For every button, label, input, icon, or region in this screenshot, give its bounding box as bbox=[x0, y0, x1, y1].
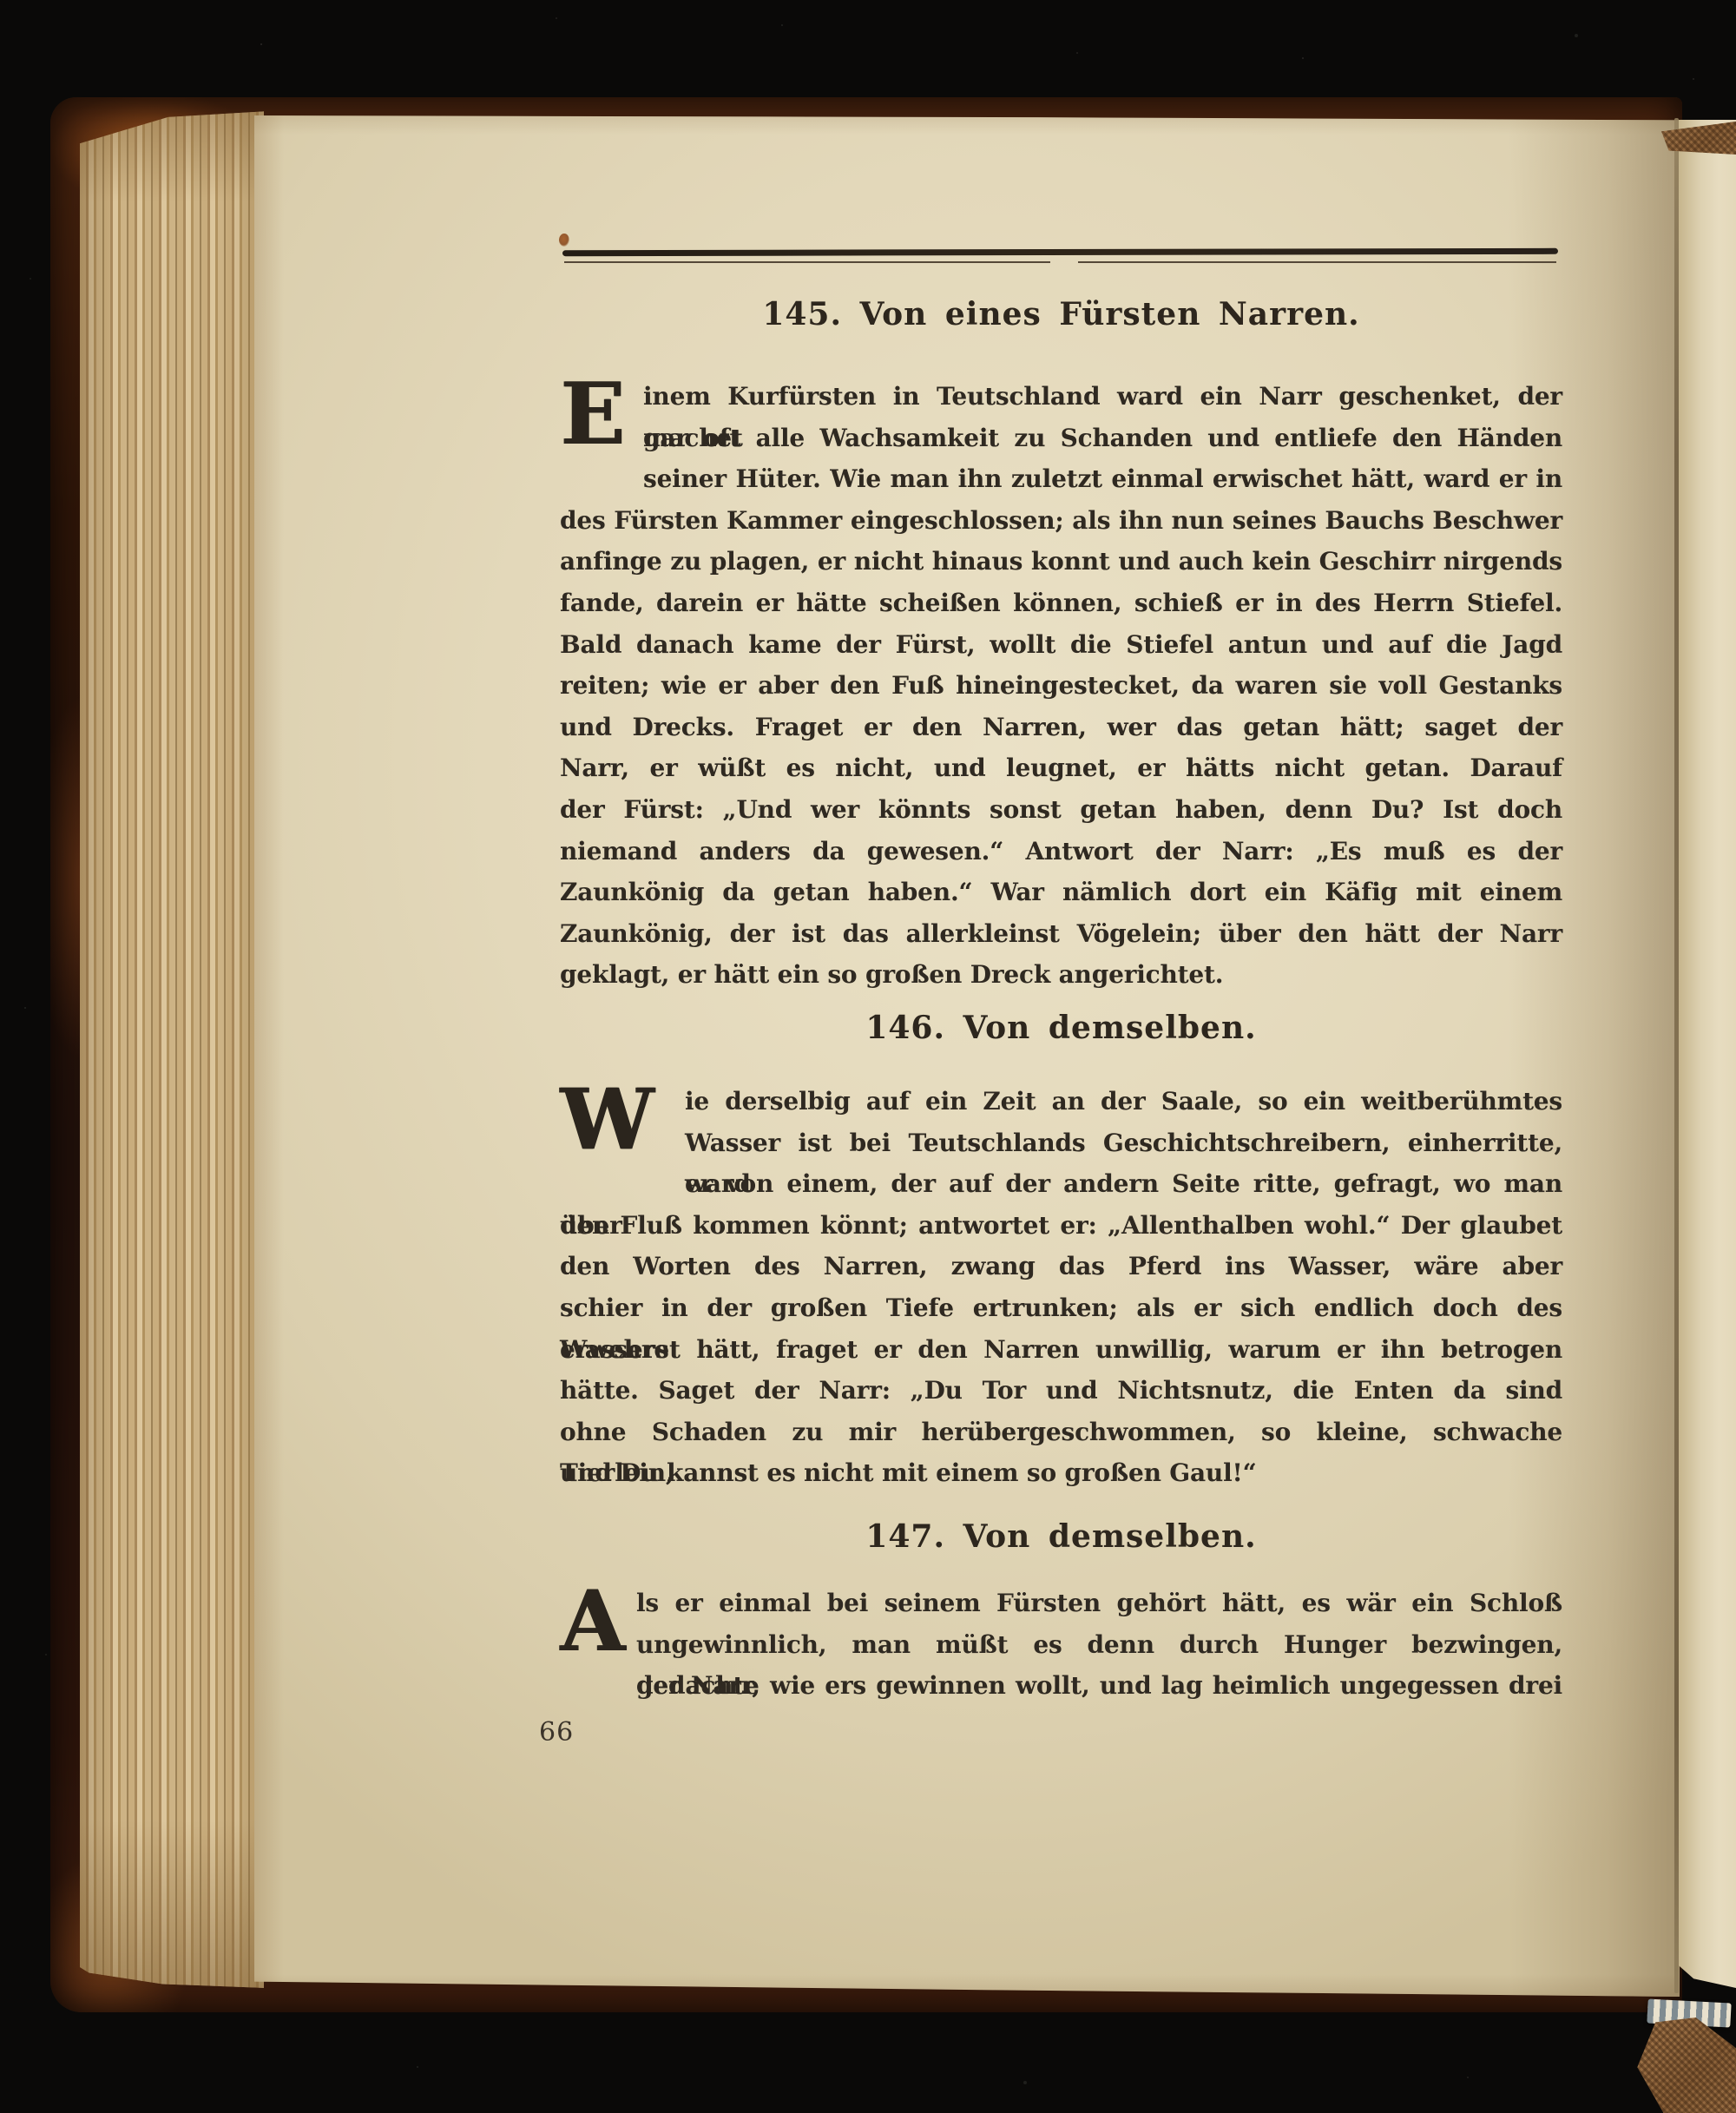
drop-cap-146: W bbox=[560, 1083, 685, 1165]
paragraph-147: A ls er einmal bei seinem Fürsten gehört… bbox=[560, 1583, 1562, 1707]
text-line: gar oft alle Wachsamkeit zu Schanden und… bbox=[560, 418, 1562, 459]
text-line: des Fürsten Kammer eingeschlossen; als i… bbox=[560, 500, 1562, 542]
head-rule-thin bbox=[564, 261, 1556, 263]
text-line: der Narr, wie ers gewinnen wollt, und la… bbox=[560, 1665, 1562, 1707]
drop-cap-145: E bbox=[560, 378, 643, 460]
text-line: erwehret hätt, fraget er den Narren unwi… bbox=[560, 1329, 1562, 1371]
section-heading-145: 145. Von eines Fürsten Narren. bbox=[560, 296, 1562, 332]
text-line: hätte. Saget der Narr: „Du Tor und Nicht… bbox=[560, 1370, 1562, 1412]
text-line: seiner Hüter. Wie man ihn zuletzt einmal… bbox=[560, 458, 1562, 500]
photo-backdrop: 145. Von eines Fürsten Narren. E inem Ku… bbox=[0, 0, 1736, 2113]
text-line: ungewinnlich, man müßt es denn durch Hun… bbox=[560, 1624, 1562, 1666]
text-line: Wasser ist bei Teutschlands Geschichtsch… bbox=[560, 1122, 1562, 1164]
text-line: er von einem, der auf der andern Seite r… bbox=[560, 1163, 1562, 1205]
bookmark-ribbon-bottom bbox=[1635, 2018, 1736, 2113]
text-line: niemand anders da gewesen.“ Antwort der … bbox=[560, 831, 1562, 872]
text-line: reiten; wie er aber den Fuß hineingestec… bbox=[560, 665, 1562, 707]
text-line: den Worten des Narren, zwang das Pferd i… bbox=[560, 1246, 1562, 1287]
folio-number: 66 bbox=[539, 1717, 574, 1748]
text-line: anfinge zu plagen, er nicht hinaus konnt… bbox=[560, 541, 1562, 583]
book-page: 145. Von eines Fürsten Narren. E inem Ku… bbox=[254, 115, 1680, 1997]
head-rule-thick bbox=[562, 248, 1558, 256]
text-line: ls er einmal bei seinem Fürsten gehört h… bbox=[560, 1583, 1562, 1624]
paper-stain bbox=[559, 234, 569, 247]
text-line: der Fürst: „Und wer könnts sonst getan h… bbox=[560, 789, 1562, 831]
text-line: ohne Schaden zu mir herübergeschwommen, … bbox=[560, 1412, 1562, 1453]
text-line: geklagt, er hätt ein so großen Dreck ang… bbox=[560, 954, 1562, 996]
text-line: schier in der großen Tiefe ertrunken; al… bbox=[560, 1287, 1562, 1329]
facing-page-edge bbox=[1679, 120, 1736, 1988]
section-heading-146: 146. Von demselben. bbox=[560, 1010, 1562, 1046]
text-line: und Drecks. Fraget er den Narren, wer da… bbox=[560, 707, 1562, 748]
paragraph-145: E inem Kurfürsten in Teutschland ward ei… bbox=[560, 376, 1562, 996]
text-line: den Fluß kommen könnt; antwortet er: „Al… bbox=[560, 1205, 1562, 1247]
text-line: Bald danach kame der Fürst, wollt die St… bbox=[560, 624, 1562, 666]
gutter-fold bbox=[1674, 118, 1679, 1993]
head-rule-thin-right bbox=[1078, 261, 1556, 263]
text-line: Narr, er wüßt es nicht, und leugnet, er … bbox=[560, 747, 1562, 789]
page-stack-fore-edge bbox=[80, 108, 264, 1990]
text-line: fande, darein er hätte scheißen können, … bbox=[560, 583, 1562, 624]
text-line: und Du kannst es nicht mit einem so groß… bbox=[560, 1452, 1562, 1494]
text-line: Zaunkönig da getan haben.“ War nämlich d… bbox=[560, 872, 1562, 913]
head-rule-thin-left bbox=[564, 261, 1050, 263]
text-line: inem Kurfürsten in Teutschland ward ein … bbox=[560, 376, 1562, 418]
text-line: Zaunkönig, der ist das allerkleinst Vöge… bbox=[560, 913, 1562, 955]
drop-cap-147: A bbox=[560, 1584, 636, 1667]
paragraph-146: W ie derselbig auf ein Zeit an der Saale… bbox=[560, 1081, 1562, 1494]
section-heading-147: 147. Von demselben. bbox=[560, 1518, 1562, 1555]
dust-speckles bbox=[0, 0, 2, 2]
text-line: ie derselbig auf ein Zeit an der Saale, … bbox=[560, 1081, 1562, 1122]
